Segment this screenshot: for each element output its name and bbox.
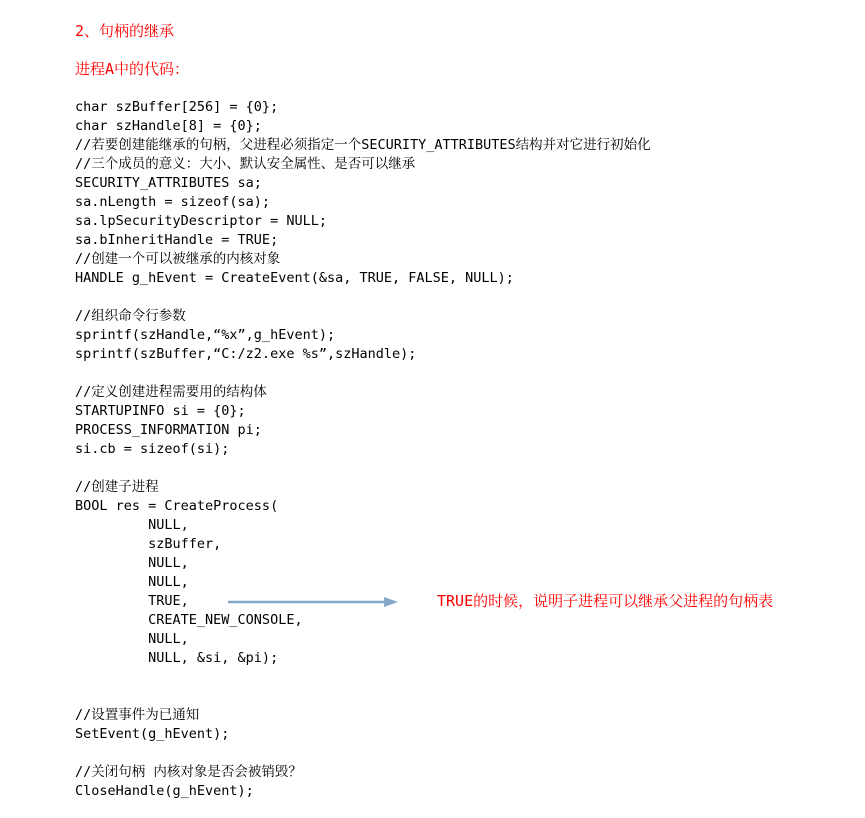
- code-line: BOOL res = CreateProcess(: [75, 497, 651, 516]
- code-line: //关闭句柄 内核对象是否会被销毁？: [75, 763, 651, 782]
- annotation-text: TRUE的时候，说明子进程可以继承父进程的句柄表: [437, 592, 773, 611]
- blank-line: [75, 668, 651, 687]
- code-line: NULL,: [75, 573, 651, 592]
- process-a-code-label: 进程A中的代码：: [75, 60, 651, 79]
- code-line: szBuffer,: [75, 535, 651, 554]
- code-line: TRUE,TRUE的时候，说明子进程可以继承父进程的句柄表: [75, 592, 651, 611]
- blank-line: [75, 744, 651, 763]
- blank-line: [75, 364, 651, 383]
- section-title: 2、句柄的继承: [75, 22, 651, 41]
- code-line: si.cb = sizeof(si);: [75, 440, 651, 459]
- code-line: //若要创建能继承的句柄，父进程必须指定一个SECURITY_ATTRIBUTE…: [75, 136, 651, 155]
- code-line: NULL,: [75, 554, 651, 573]
- code-line: //组织命令行参数: [75, 307, 651, 326]
- right-arrow-icon: [228, 596, 398, 608]
- blank-line: [75, 687, 651, 706]
- code-line: PROCESS_INFORMATION pi;: [75, 421, 651, 440]
- blank-line: [75, 41, 651, 60]
- document-content: 2、句柄的继承 进程A中的代码： char szBuffer[256] = {0…: [75, 22, 651, 801]
- blank-line: [75, 79, 651, 98]
- code-line: NULL, &si, &pi);: [75, 649, 651, 668]
- code-text: TRUE,: [75, 593, 189, 609]
- document-page: 2、句柄的继承 进程A中的代码： char szBuffer[256] = {0…: [0, 0, 865, 818]
- code-line: HANDLE g_hEvent = CreateEvent(&sa, TRUE,…: [75, 269, 651, 288]
- code-line: NULL,: [75, 516, 651, 535]
- code-line: SetEvent(g_hEvent);: [75, 725, 651, 744]
- code-line: NULL,: [75, 630, 651, 649]
- code-line: sprintf(szBuffer,“C:/z2.exe %s”,szHandle…: [75, 345, 651, 364]
- code-line: //定义创建进程需要用的结构体: [75, 383, 651, 402]
- code-line: CloseHandle(g_hEvent);: [75, 782, 651, 801]
- code-line: //创建一个可以被继承的内核对象: [75, 250, 651, 269]
- code-line: //设置事件为已通知: [75, 706, 651, 725]
- code-line: char szHandle[8] = {0};: [75, 117, 651, 136]
- code-line: sa.nLength = sizeof(sa);: [75, 193, 651, 212]
- code-line: CREATE_NEW_CONSOLE,: [75, 611, 651, 630]
- code-block: char szBuffer[256] = {0};char szHandle[8…: [75, 98, 651, 801]
- code-line: SECURITY_ATTRIBUTES sa;: [75, 174, 651, 193]
- blank-line: [75, 288, 651, 307]
- code-line: STARTUPINFO si = {0};: [75, 402, 651, 421]
- blank-line: [75, 459, 651, 478]
- code-line: char szBuffer[256] = {0};: [75, 98, 651, 117]
- code-line: sa.lpSecurityDescriptor = NULL;: [75, 212, 651, 231]
- code-line: //创建子进程: [75, 478, 651, 497]
- code-line: sprintf(szHandle,“%x”,g_hEvent);: [75, 326, 651, 345]
- code-line: sa.bInheritHandle = TRUE;: [75, 231, 651, 250]
- code-line: //三个成员的意义：大小、默认安全属性、是否可以继承: [75, 155, 651, 174]
